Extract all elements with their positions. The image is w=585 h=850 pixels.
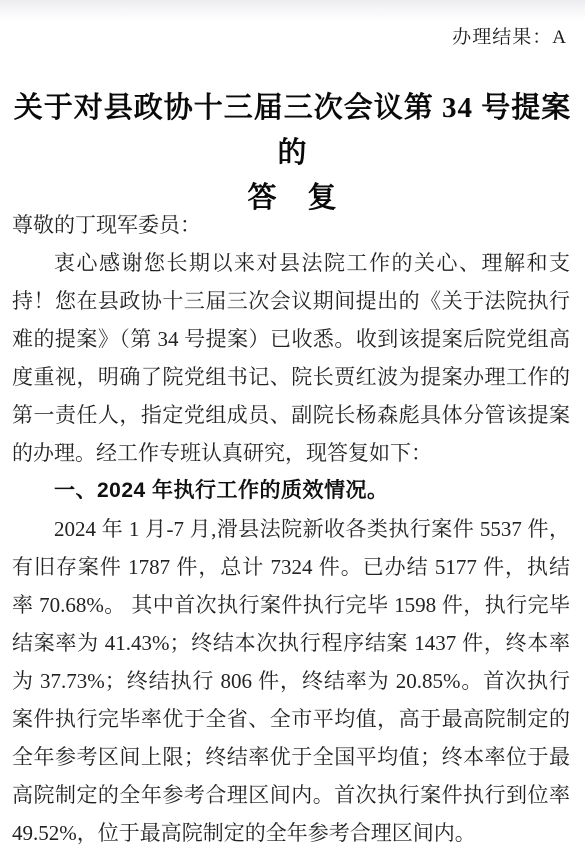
handling-result-label: 办理结果：A [0, 24, 567, 52]
body-line: 的办理。经工作专班认真研究，现答复如下： [12, 434, 570, 472]
document-title-line1: 关于对县政协十三届三次会议第 34 号提案的 [0, 86, 585, 176]
body-line: 全年参考区间上限；终结率优于全国平均值；终本率位于最 [12, 738, 570, 776]
body-line: 率 70.68%。 其中首次执行案件执行完毕 1598 件，执行完毕 [12, 586, 570, 624]
body-line: 衷心感谢您长期以来对县法院工作的关心、理解和支 [12, 244, 570, 282]
body-line: 案件执行完毕率优于全省、全市平均值，高于最高院制定的 [12, 700, 570, 738]
body-line: 度重视，明确了院党组书记、院长贾红波为提案办理工作的 [12, 358, 570, 396]
body-line: 第一责任人，指定党组成员、副院长杨森彪具体分管该提案 [12, 396, 570, 434]
document-page: 办理结果：A 关于对县政协十三届三次会议第 34 号提案的 答 复 尊敬的丁现军… [0, 0, 585, 850]
body-line: 持！您在县政协十三届三次会议期间提出的《关于法院执行 [12, 282, 570, 320]
document-body: 尊敬的丁现军委员：衷心感谢您长期以来对县法院工作的关心、理解和支持！您在县政协十… [12, 206, 570, 850]
body-line: 结案率为 41.43%；终结本次执行程序结案 1437 件，终本率 [12, 624, 570, 662]
scan-edge-shadow [0, 0, 585, 22]
body-line: 有旧存案件 1787 件，总计 7324 件。已办结 5177 件，执结 [12, 548, 570, 586]
body-line: 尊敬的丁现军委员： [12, 206, 570, 244]
body-line: 2024 年 1 月-7 月,滑县法院新收各类执行案件 5537 件， [12, 510, 570, 548]
body-section-heading: 一、2024 年执行工作的质效情况。 [12, 472, 570, 510]
body-line: 高院制定的全年参考合理区间内。首次执行案件执行到位率 [12, 776, 570, 814]
body-line: 为 37.73%；终结执行 806 件，终结率为 20.85%。首次执行 [12, 662, 570, 700]
body-line: 难的提案》（第 34 号提案）已收悉。收到该提案后院党组高 [12, 320, 570, 358]
document-title: 关于对县政协十三届三次会议第 34 号提案的 答 复 [0, 86, 585, 221]
body-line: 49.52%，位于最高院制定的全年参考合理区间内。 [12, 814, 570, 850]
